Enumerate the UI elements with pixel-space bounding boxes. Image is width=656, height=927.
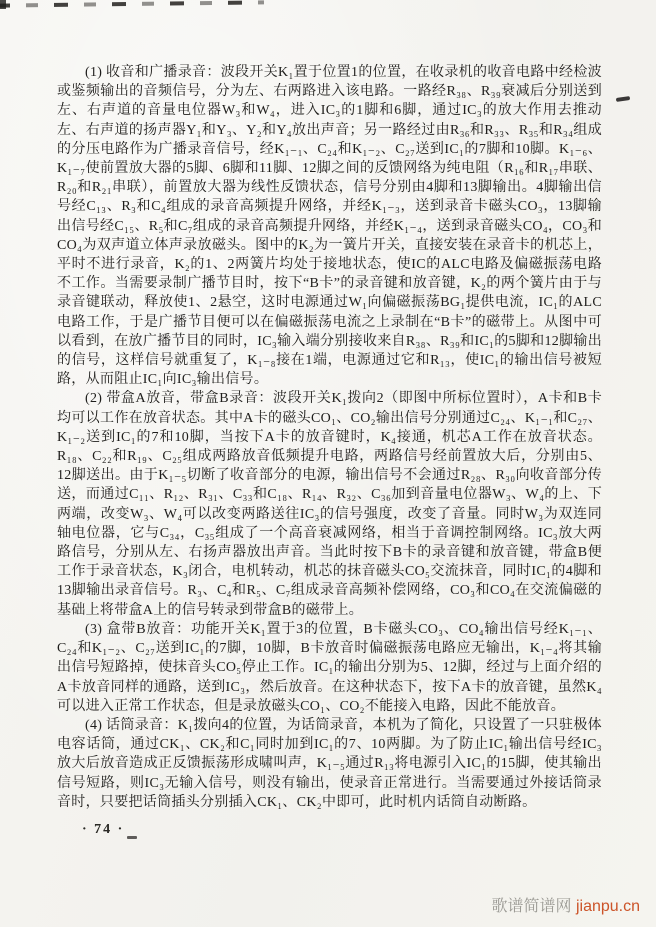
page-number: · 74 ·: [82, 822, 124, 838]
paragraph-microphone-recording: (4) 话筒录音：K₁拨向4的位置，为话筒录音，本机为了简化，只设置了一只驻极体…: [57, 716, 602, 812]
page-body-text: (1) 收音和广播录音：波段开关K₁置于位置1的位置，在收录机的收音电路中经检波…: [57, 63, 602, 812]
watermark-site-name: 歌谱简谱网: [491, 898, 571, 915]
ink-speck-small: [127, 836, 137, 839]
scanned-book-page: (1) 收音和广播录音：波段开关K₁置于位置1的位置，在收录机的收音电路中经检波…: [0, 0, 656, 927]
top-left-corner-mark: [0, 0, 6, 9]
paragraph-deck-b-playback: (3) 盒带B放音：功能开关K₁置于3的位置，B卡磁头CO₃、CO₄输出信号经K…: [57, 620, 602, 716]
torn-edge-dashes: [0, 0, 264, 7]
paragraph-radio-broadcast-recording: (1) 收音和广播录音：波段开关K₁置于位置1的位置，在收录机的收音电路中经检波…: [57, 63, 602, 389]
watermark-site-url: jianpu.cn: [576, 898, 640, 915]
watermark: 歌谱简谱网 jianpu.cn: [491, 893, 640, 916]
paragraph-deck-a-playback-deck-b-recording: (2) 带盒A放音，带盒B录音：波段开关K₁拨向2（即图中所标位置时），A卡和B…: [57, 389, 602, 619]
ink-speck: [616, 96, 630, 102]
